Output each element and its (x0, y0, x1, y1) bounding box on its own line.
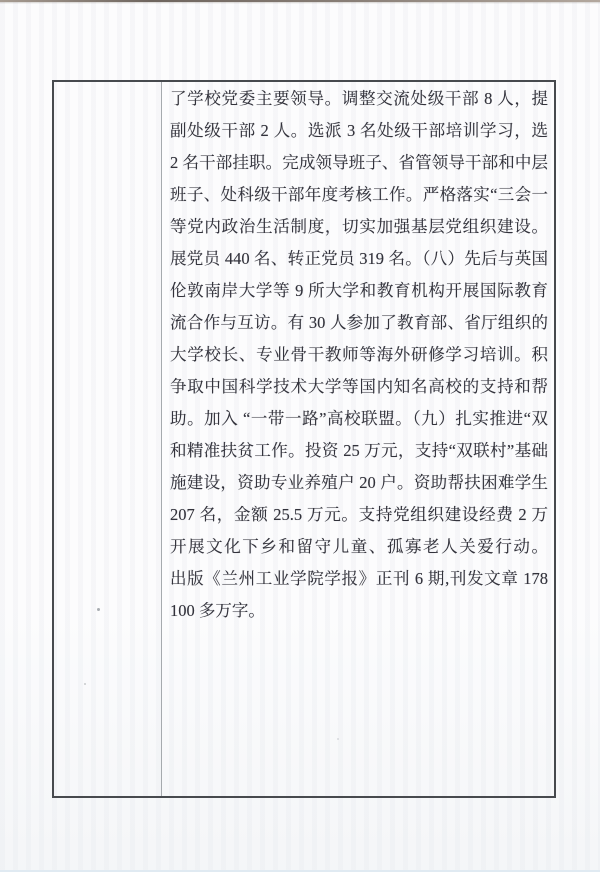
text-line: 大学校长、专业骨干教师等海外研修学习培训。积极 (170, 339, 548, 371)
scanned-document-page: 了学校党委主要领导。调整交流处级干部 8 人，提拔 副处级干部 2 人。选派 3… (0, 0, 600, 872)
table-label-cell (54, 82, 162, 796)
text-line: 争取中国科学技术大学等国内知名高校的支持和帮 (170, 371, 548, 403)
text-line: 施建设，资助专业养殖户 20 户。资助帮扶困难学生 (170, 467, 548, 499)
text-line: 和精准扶贫工作。投资 25 万元，支持“双联村”基础设 (170, 435, 548, 467)
text-line: 副处级干部 2 人。选派 3 名处级干部培训学习，选派 (170, 115, 548, 147)
scan-speck (84, 683, 86, 685)
text-line: 展党员 440 名、转正党员 319 名。（八）先后与英国 (170, 243, 548, 275)
text-line: 2 名干部挂职。完成领导班子、省管领导干部和中层 (170, 147, 548, 179)
scan-edge-top-shadow (0, 2, 600, 4)
text-line: 伦敦南岸大学等 9 所大学和教育机构开展国际教育交 (170, 275, 548, 307)
text-line: 流合作与互访。有 30 人参加了教育部、省厅组织的 (170, 307, 548, 339)
text-line: 出版《兰州工业学院学报》正刊 6 期,刊发文章 178 篇、 (170, 563, 548, 595)
text-line: 班子、处科级干部年度考核工作。严格落实“三会一课” (170, 179, 548, 211)
scan-speck (337, 738, 339, 740)
text-line: 等党内政治生活制度，切实加强基层党组织建设。发 (170, 211, 548, 243)
text-line: 100 多万字。 (170, 595, 548, 627)
text-line: 了学校党委主要领导。调整交流处级干部 8 人，提拔 (170, 83, 548, 115)
scan-speck (97, 608, 100, 611)
table-content-cell: 了学校党委主要领导。调整交流处级干部 8 人，提拔 副处级干部 2 人。选派 3… (162, 82, 554, 796)
text-line: 开展文化下乡和留守儿童、孤寡老人关爱行动。（十） (170, 531, 548, 563)
report-table: 了学校党委主要领导。调整交流处级干部 8 人，提拔 副处级干部 2 人。选派 3… (52, 80, 556, 798)
text-line: 207 名，金额 25.5 万元。支持党组织建设经费 2 万元。 (170, 499, 548, 531)
text-line: 助。加入 “一带一路”高校联盟。（九）扎实推进“双联” (170, 403, 548, 435)
